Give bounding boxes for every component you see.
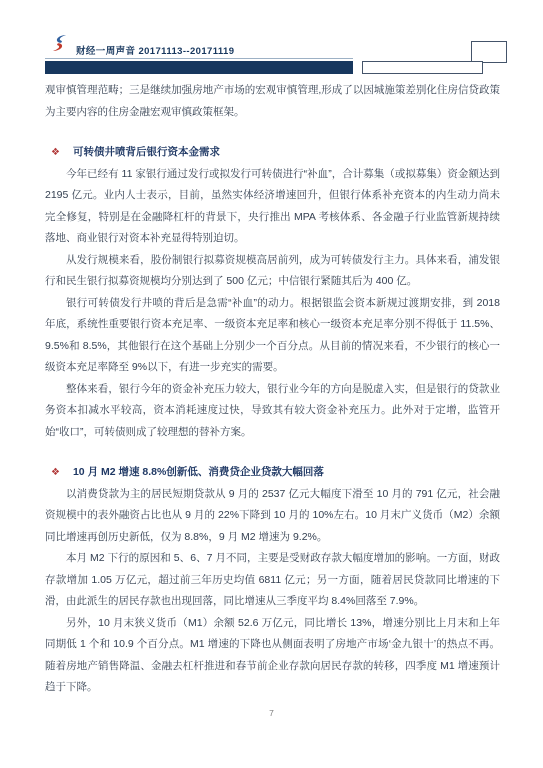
section-title-text: 10 月 M2 增速 8.8%创新低、消费贷企业贷款大幅回落 — [73, 462, 324, 484]
diamond-bullet-icon: ❖ — [51, 142, 60, 164]
report-title: 财经一周声音 20171113--20171119 — [76, 43, 234, 57]
header-rule — [45, 58, 353, 59]
page-number: 7 — [0, 708, 543, 718]
document-body: 观审慎管理范畴；三是继续加强房地产市场的宏观审慎管理,形成了以因城施策差别化住房… — [45, 80, 500, 699]
document-page: 财经一周声音 20171113--20171119 观审慎管理范畴；三是继续加强… — [0, 0, 543, 768]
paragraph: 今年已经有 11 家银行通过发行或拟发行可转债进行“补血”，合计募集（或拟募集）… — [45, 164, 500, 250]
section-title-m2-growth: ❖ 10 月 M2 增速 8.8%创新低、消费贷企业贷款大幅回落 — [45, 462, 500, 484]
header-decorative-box-top — [471, 41, 507, 63]
paragraph: 整体来看，银行今年的资金补充压力较大，银行业今年的方向是脱虚入实，但是银行的贷款… — [45, 379, 500, 444]
section-title-convertible-bonds: ❖ 可转债井喷背后银行资本金需求 — [45, 142, 500, 164]
diamond-bullet-icon: ❖ — [51, 462, 60, 484]
section-title-text: 可转债井喷背后银行资本金需求 — [73, 142, 220, 164]
paragraph: 从发行规模来看，股份制银行拟募资规模高居前列，成为可转债发行主力。具体来看，浦发… — [45, 250, 500, 293]
header-navy-bar — [45, 61, 353, 74]
intro-paragraph: 观审慎管理范畴；三是继续加强房地产市场的宏观审慎管理,形成了以因城施策差别化住房… — [45, 80, 500, 123]
paragraph: 以消费贷款为主的居民短期贷款从 9 月的 2537 亿元大幅度下滑至 10 月的… — [45, 484, 500, 549]
paragraph: 本月 M2 下行的原因和 5、6、7 月不同，主要是受财政存款大幅度增加的影响。… — [45, 548, 500, 613]
paragraph: 另外，10 月末狭义货币（M1）余额 52.6 万亿元，同比增长 13%，增速分… — [45, 613, 500, 699]
header-decorative-box-bottom — [362, 61, 483, 74]
paragraph: 银行可转债发行井喷的背后是急需“补血”的动力。根据银监会资本新规过渡期安排，到 … — [45, 293, 500, 379]
company-logo-icon — [51, 34, 68, 52]
